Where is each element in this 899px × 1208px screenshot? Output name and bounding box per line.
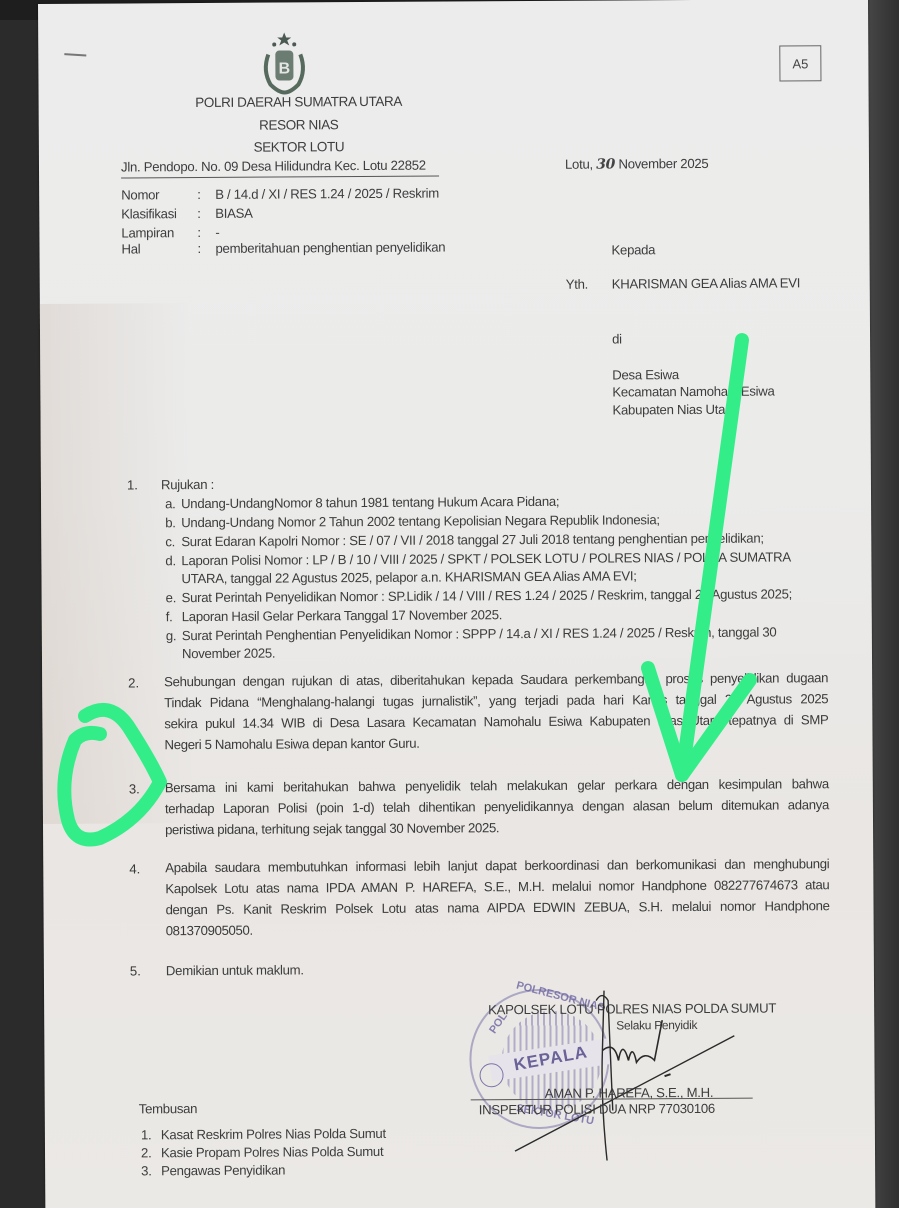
reference-letter: g.: [166, 628, 176, 643]
tembusan-item: Kasie Propam Polres Nias Polda Sumut: [161, 1144, 383, 1160]
reference-text: Surat Perintah Penyelidikan Nomor : SP.L…: [182, 586, 792, 605]
reference-text: Laporan Polisi Nomor : LP / B / 10 / VII…: [181, 549, 791, 568]
meta-value-klasifikasi: BIASA: [215, 206, 252, 221]
reference-letter: f.: [166, 609, 173, 624]
meta-value-hal: pemberitahuan penghentian penyelidikan: [215, 240, 445, 256]
reference-text: Undang-UndangNomor 8 tahun 1981 tentang …: [181, 494, 559, 511]
meta-label: Nomor: [121, 187, 159, 202]
reference-text: Surat Perintah Penghentian Penyelidikan …: [182, 625, 777, 644]
pen-mark: [64, 53, 86, 56]
paragraph-line: sekira pukul 14.34 WIB di Desa Lasara Ke…: [164, 709, 828, 734]
svg-text:B: B: [279, 60, 291, 77]
paragraph-line: terhadap Laporan Polisi (poin 1-d) telah…: [165, 794, 829, 819]
yth-label: Yth.: [566, 277, 588, 292]
meta-value-nomor: B / 14.d / XI / RES 1.24 / 2025 / Reskri…: [215, 186, 439, 202]
place-date: Lotu, 30 November 2025: [565, 156, 709, 173]
item-number: 3.: [129, 781, 140, 796]
paragraph-line: Negeri 5 Namohalu Esiwa depan kantor Gur…: [164, 730, 828, 755]
letterhead-line3: SEKTOR LOTU: [149, 138, 449, 155]
item4-paragraph: Apabila saudara membutuhkan informasi le…: [165, 853, 830, 941]
tembusan-item: Pengawas Penyidikan: [161, 1163, 285, 1179]
place: Lotu,: [565, 157, 593, 172]
reference-letter: c.: [165, 534, 175, 549]
letterhead-line2: RESOR NIAS: [149, 116, 449, 133]
letterhead-line1: POLRI DAERAH SUMATRA UTARA: [149, 93, 449, 110]
tembusan-number: 2.: [141, 1145, 151, 1160]
handwritten-day: 30: [596, 156, 615, 172]
recipient-address-line: Kecamatan Namohalu Esiwa: [612, 384, 774, 400]
meta-label: Hal: [121, 241, 140, 256]
meta-label: Klasifikasi: [121, 206, 176, 221]
tembusan-item: Kasat Reskrim Polres Nias Polda Sumut: [161, 1126, 386, 1142]
meta-colon: :: [197, 187, 200, 202]
tembusan-number: 3.: [141, 1163, 151, 1178]
meta-value-lampiran: -: [215, 225, 219, 240]
item2-paragraph: Sehubungan dengan rujukan di atas, diber…: [164, 667, 829, 755]
reference-letter: e.: [166, 590, 176, 605]
recipient-address-line: Desa Esiwa: [612, 367, 679, 382]
reference-letter: d.: [165, 553, 175, 568]
reference-letter: a.: [165, 496, 175, 511]
paragraph-line: dengan Ps. Kanit Reskrim Polsek Lotu ata…: [165, 895, 829, 920]
item3-paragraph: Bersama ini kami beritahukan bahwa penye…: [165, 773, 829, 840]
handwritten-signature: [484, 989, 785, 1161]
tembusan-title: Tembusan: [139, 1101, 198, 1116]
meta-colon: :: [197, 241, 200, 256]
meta-colon: :: [197, 225, 200, 240]
address-underline: [121, 176, 439, 179]
item-number: 4.: [129, 861, 140, 876]
letterhead-address: Jln. Pendopo. No. 09 Desa Hilidundra Kec…: [121, 158, 426, 175]
kepada-label: Kepada: [611, 242, 655, 257]
paragraph-line: peristiwa pidana, terhitung sejak tangga…: [165, 815, 829, 840]
meta-label: Lampiran: [121, 225, 174, 240]
meta-colon: :: [197, 206, 200, 221]
reference-text: Surat Edaran Kapolri Nomor : SE / 07 / V…: [181, 531, 764, 550]
recipient-address-line: Kabupaten Nias Utara: [612, 402, 736, 418]
signatory-rank: INSPEKTUR POLISI DUA NRP 77030106: [479, 1101, 715, 1117]
polri-crest-icon: B: [256, 30, 312, 94]
letter-page: B POLRI DAERAH SUMATRA UTARA RESOR NIAS …: [38, 0, 875, 1208]
reference-text: Undang-Undang Nomor 2 Tahun 2002 tentang…: [181, 512, 660, 530]
paragraph-line: 081370905050.: [166, 916, 830, 941]
reference-text: Laporan Hasil Gelar Perkara Tanggal 17 N…: [182, 607, 502, 624]
tembusan-number: 1.: [141, 1127, 151, 1142]
di-label: di: [612, 331, 622, 346]
item1-title: Rujukan :: [161, 477, 214, 492]
reference-letter: b.: [165, 515, 175, 530]
month-year: November 2025: [618, 156, 708, 172]
reference-text: November 2025.: [182, 646, 275, 662]
item-number: 5.: [130, 963, 141, 978]
reference-text: UTARA, tanggal 22 Agustus 2025, pelapor …: [181, 568, 636, 586]
item-number: 1.: [127, 477, 138, 492]
form-code-box: A5: [779, 45, 821, 81]
item5-text: Demikian untuk maklum.: [166, 962, 304, 978]
recipient-name: KHARISMAN GEA Alias AMA EVI: [612, 275, 800, 291]
item-number: 2.: [128, 675, 139, 690]
